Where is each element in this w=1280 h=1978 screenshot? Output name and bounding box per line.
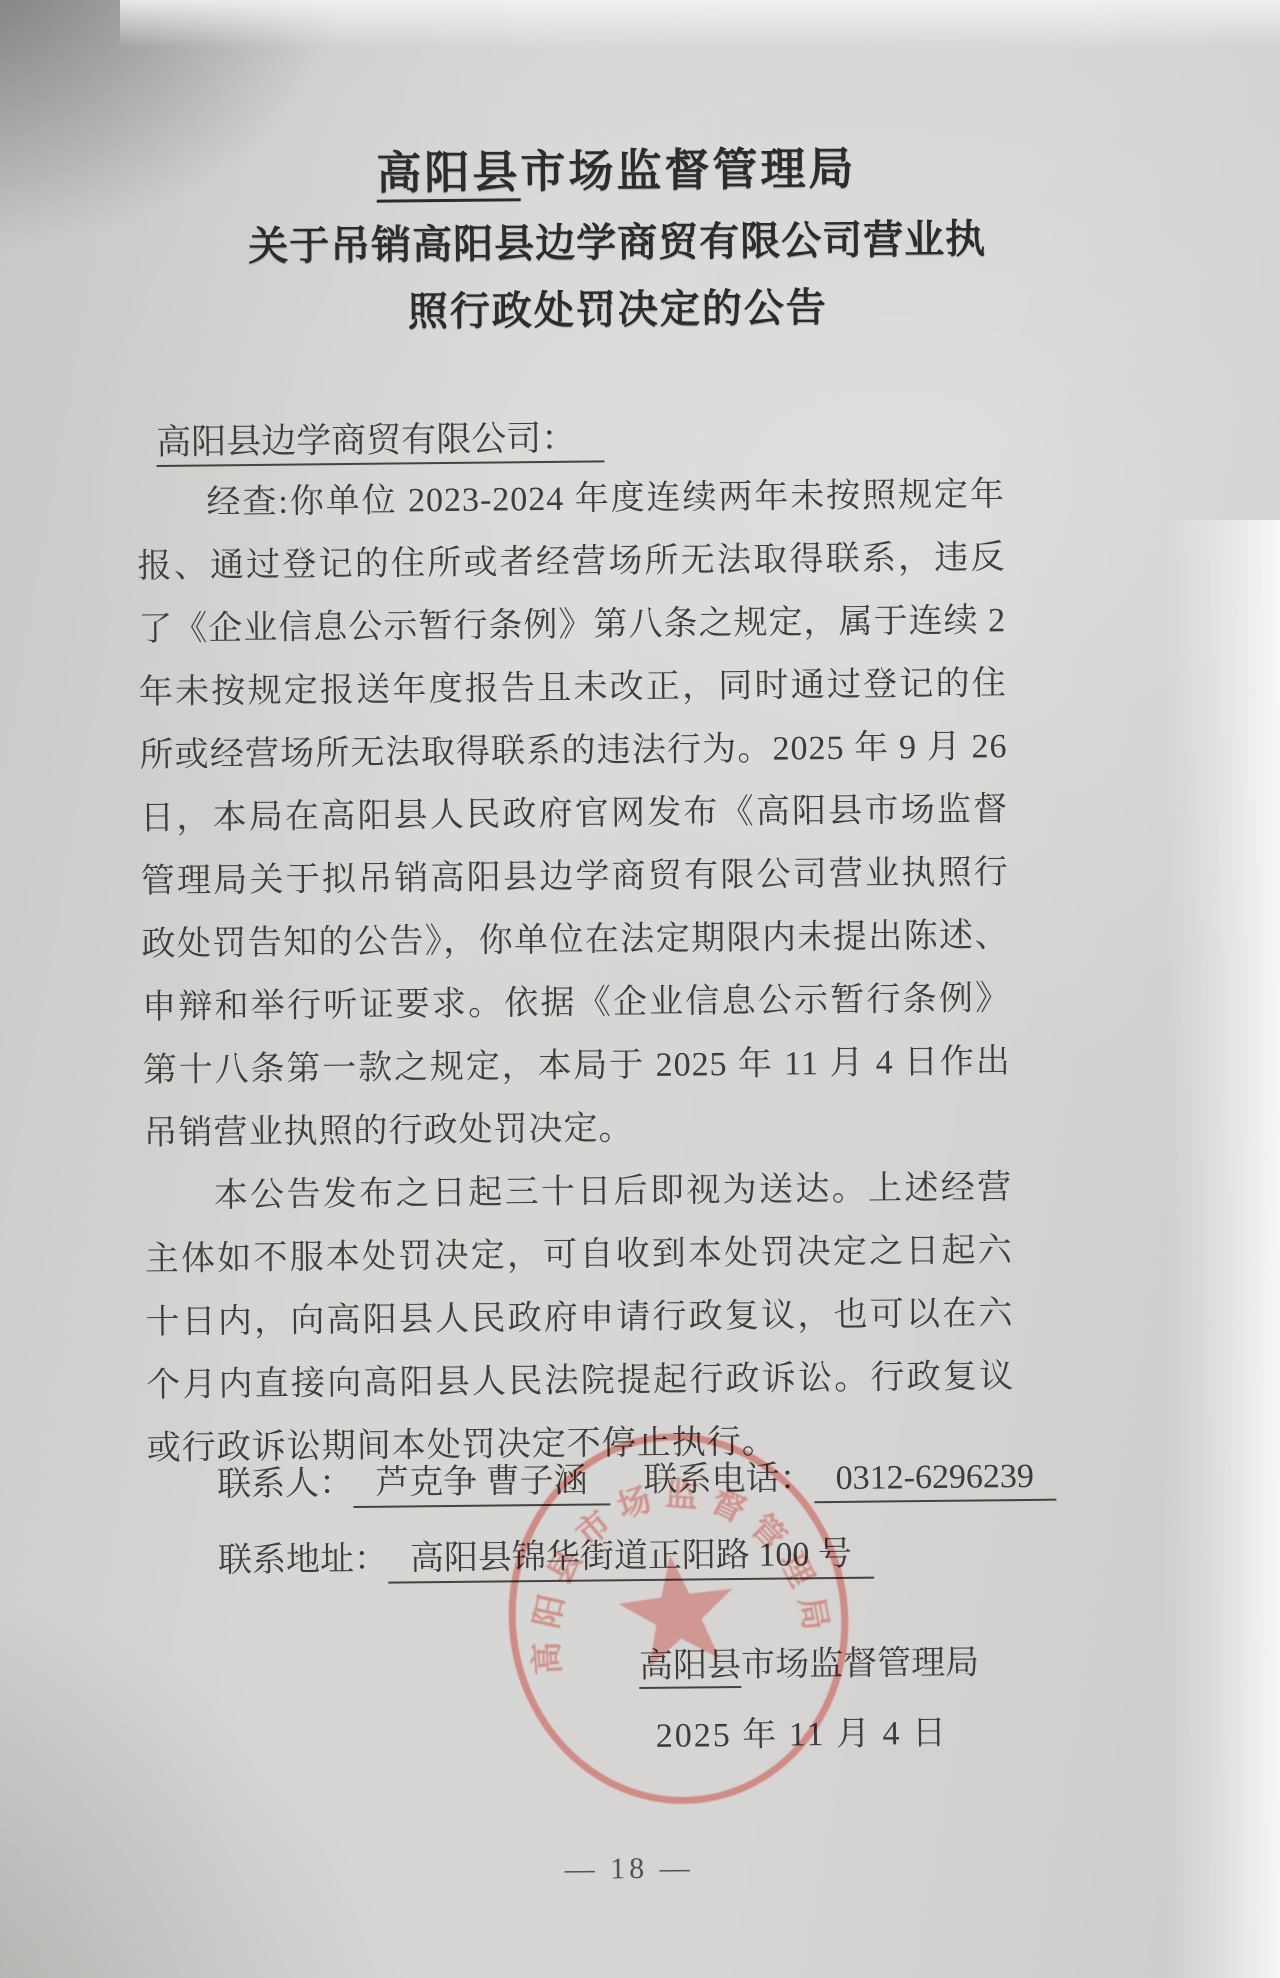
title-agency-rest: 市场监督管理局 xyxy=(520,144,857,198)
document-content: 高阳县市场监督管理局 关于吊销高阳县边学商贸有限公司营业执 照行政处罚决定的公告… xyxy=(0,0,1280,1978)
title-line-3: 照行政处罚决定的公告 xyxy=(0,272,1243,342)
contact-person-label: 联系人： xyxy=(217,1465,353,1503)
title-agency-underlined: 高阳县 xyxy=(376,147,521,203)
official-seal: 高阳县市场监督管理局 xyxy=(477,1403,880,1837)
contact-address-label: 联系地址： xyxy=(218,1541,388,1580)
addressee-name: 高阳县边学商贸有限公司： xyxy=(156,418,604,467)
addressee-line: 高阳县边学商贸有限公司： xyxy=(156,410,605,465)
contact-phone-value: 0312-6296239 xyxy=(813,1458,1056,1504)
body-paragraph-2: 本公告发布之日起三十日后即视为送达。上述经营主体如不服本处罚决定，可自收到本处罚… xyxy=(144,1156,1015,1480)
title-line-1: 高阳县市场监督管理局 xyxy=(0,128,1242,206)
page-number: — 18 — xyxy=(9,1846,1249,1893)
seal-star-icon xyxy=(613,1548,741,1671)
body-paragraph-1: 经查:你单位 2023-2024 年度连续两年未按照规定年报、通过登记的住所或者… xyxy=(137,463,1012,1165)
document-title: 高阳县市场监督管理局 关于吊销高阳县边学商贸有限公司营业执 照行政处罚决定的公告 xyxy=(0,128,1243,342)
scanned-document-page: 高阳县市场监督管理局 关于吊销高阳县边学商贸有限公司营业执 照行政处罚决定的公告… xyxy=(0,0,1280,1978)
title-line-2: 关于吊销高阳县边学商贸有限公司营业执 xyxy=(0,205,1242,275)
document-body: 经查:你单位 2023-2024 年度连续两年未按照规定年报、通过登记的住所或者… xyxy=(137,463,1016,1480)
